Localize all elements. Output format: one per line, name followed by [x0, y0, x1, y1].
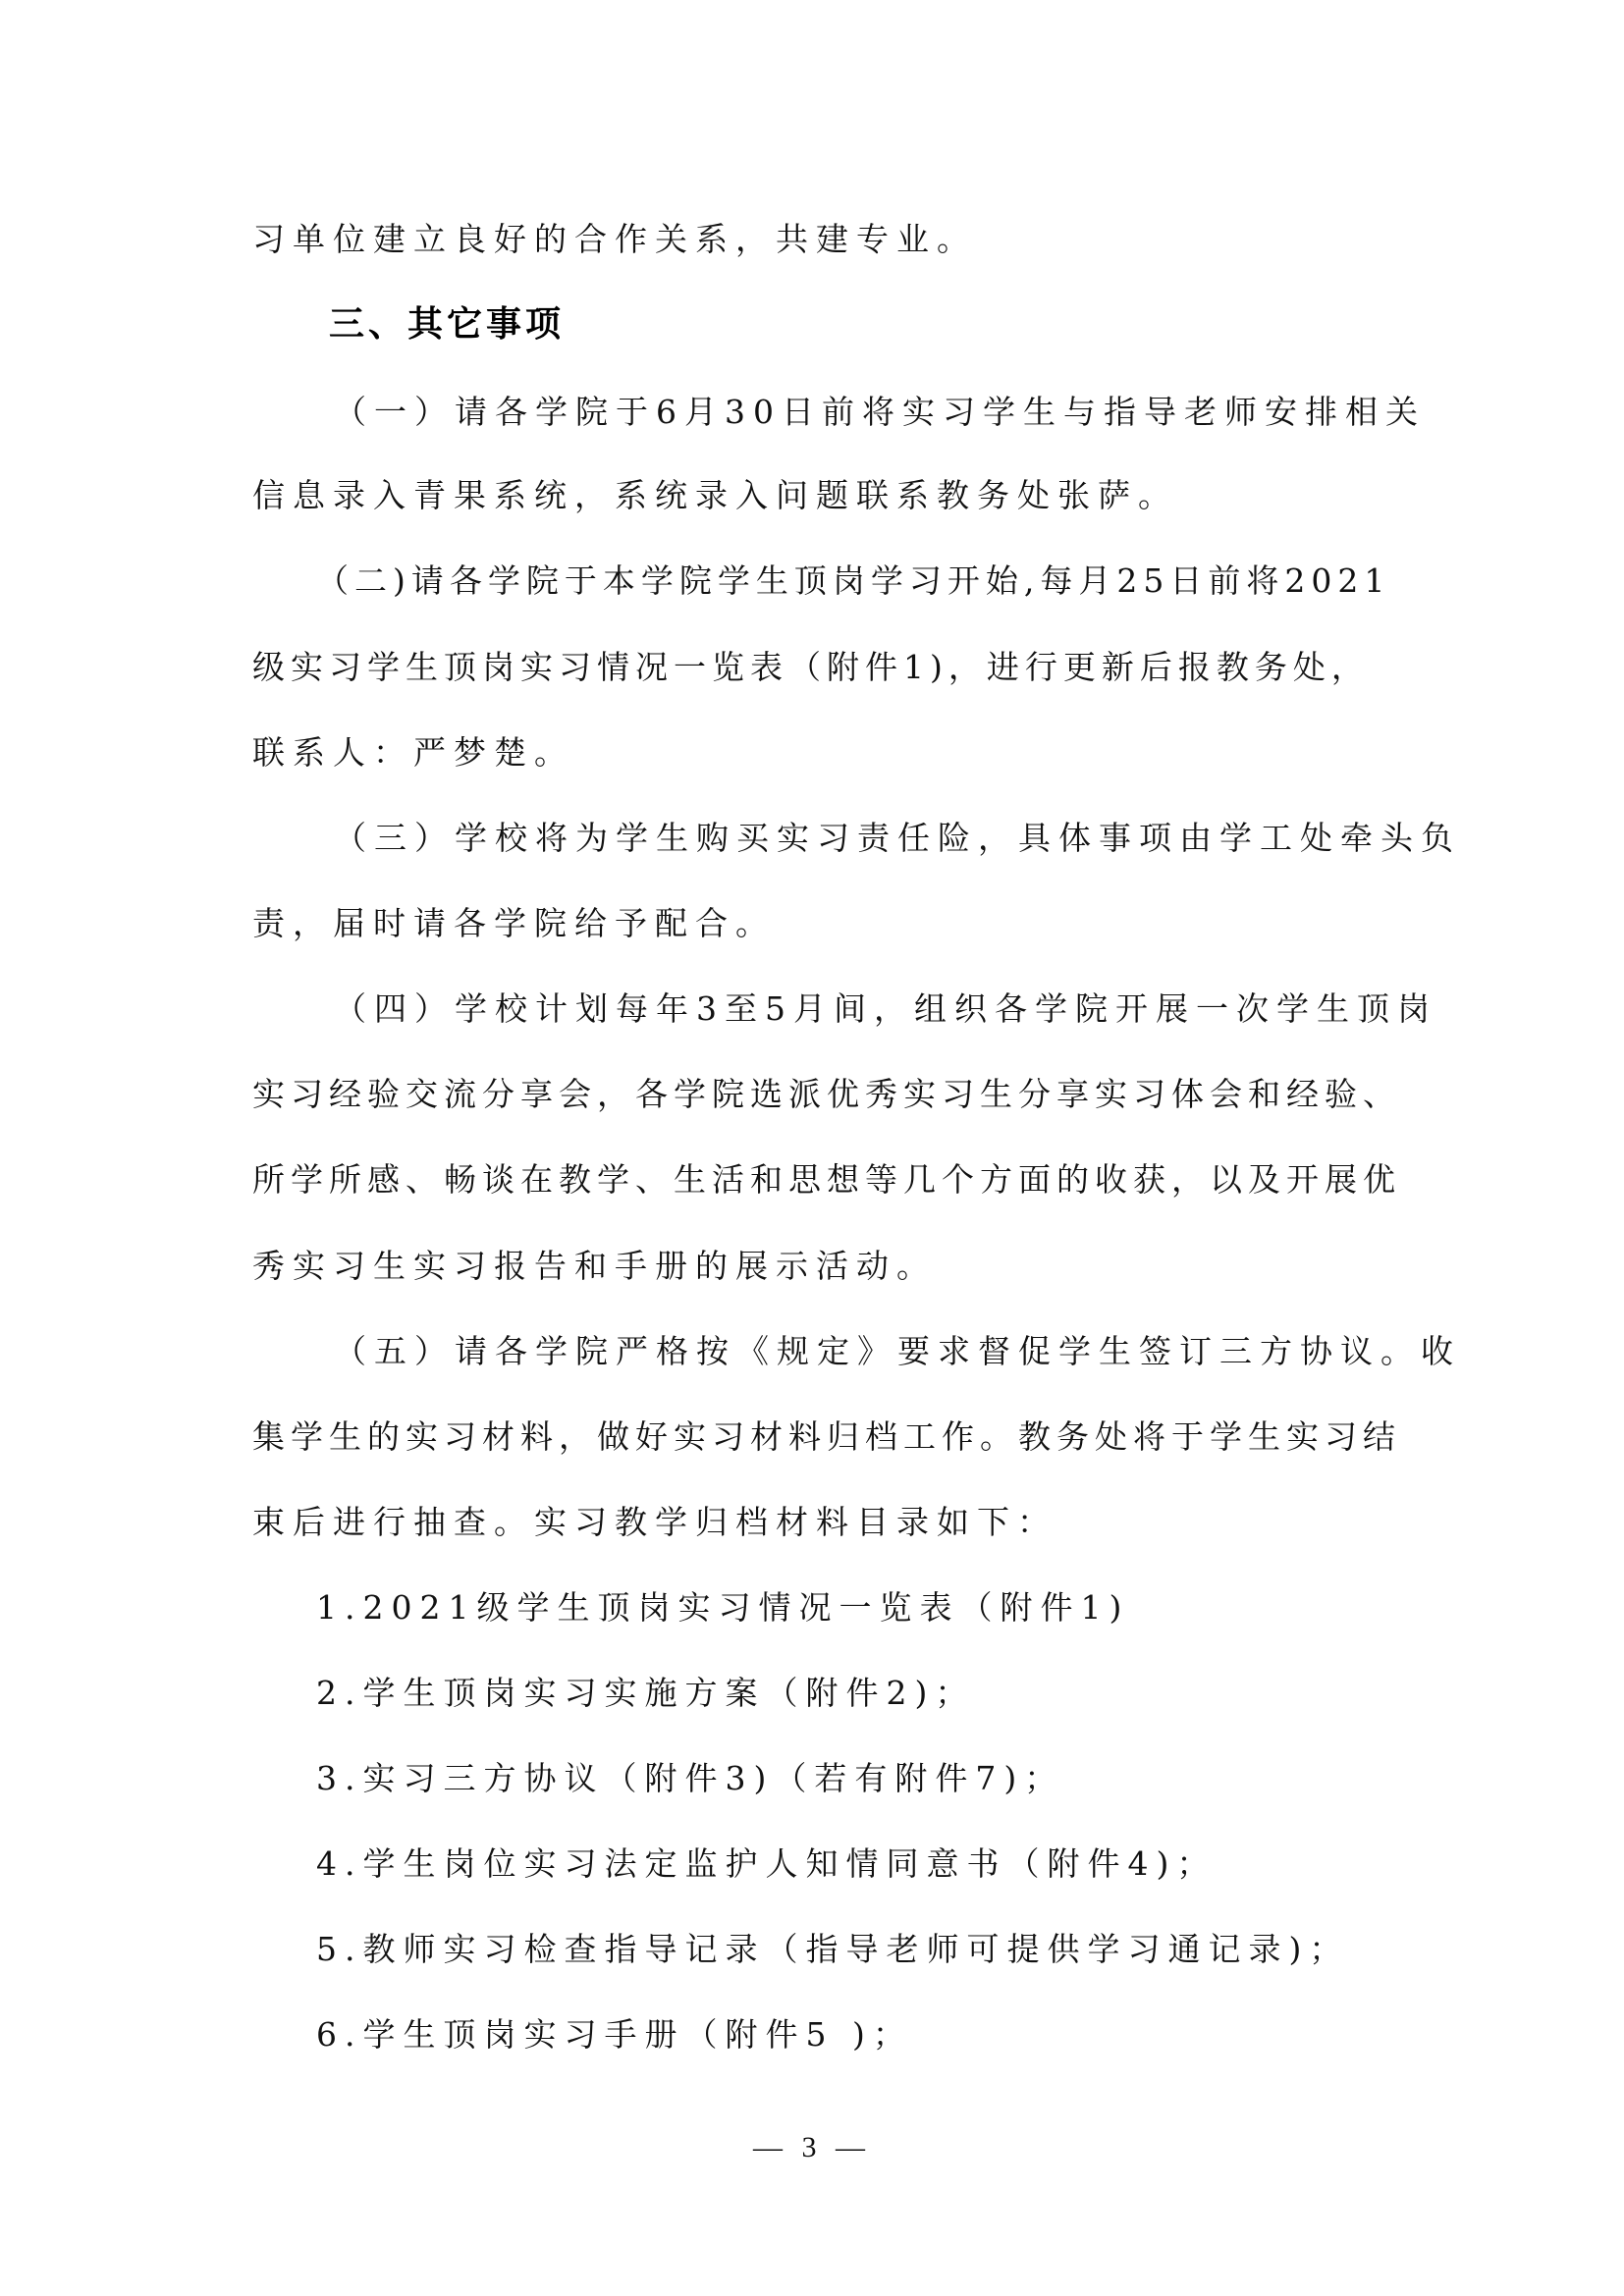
paragraph-2-line-2: 级实习学生顶岗实习情况一览表（附件1)，进行更新后报教务处， [252, 646, 1370, 689]
list-item-1: 1.2021级学生顶岗实习情况一览表（附件1) [316, 1586, 1129, 1629]
paragraph-1-line-1: （一）请各学院于6月30日前将实习学生与指导老师安排相关 [334, 391, 1426, 434]
list-item-4: 4.学生岗位实习法定监护人知情同意书（附件4)； [316, 1842, 1217, 1886]
paragraph-5-line-1: （五）请各学院严格按《规定》要求督促学生签订三方协议。收 [334, 1330, 1461, 1373]
list-item-6: 6.学生顶岗实习手册（附件5 )； [316, 2013, 913, 2056]
paragraph-4-line-2: 实习经验交流分享会，各学院选派优秀实习生分享实习体会和经验、 [252, 1073, 1401, 1116]
paragraph-4-line-1: （四）学校计划每年3至5月间，组织各学院开展一次学生顶岗 [334, 988, 1437, 1031]
paragraph-3-line-2: 责，届时请各学院给予配合。 [252, 902, 776, 945]
paragraph-1-line-2: 信息录入青果系统，系统录入问题联系教务处张萨。 [252, 474, 1178, 517]
section-heading: 三、其它事项 [329, 300, 565, 349]
list-item-2: 2.学生顶岗实习实施方案（附件2)； [316, 1672, 975, 1715]
paragraph-2-line-1: （二)请各学院于本学院学生顶岗学习开始,每月25日前将2021 [316, 560, 1390, 603]
paragraph-5-line-3: 束后进行抽查。实习教学归档材料目录如下： [252, 1501, 1057, 1544]
paragraph-4-line-4: 秀实习生实习报告和手册的展示活动。 [252, 1245, 937, 1288]
body-line: 习单位建立良好的合作关系，共建专业。 [252, 218, 977, 261]
paragraph-2-line-3: 联系人：严梦楚。 [252, 731, 574, 774]
list-item-3: 3.实习三方协议（附件3)（若有附件7)； [316, 1757, 1064, 1800]
page-number: — 3 — [0, 2128, 1624, 2167]
paragraph-4-line-3: 所学所感、畅谈在教学、生活和思想等几个方面的收获，以及开展优 [252, 1158, 1401, 1201]
paragraph-3-line-1: （三）学校将为学生购买实习责任险，具体事项由学工处牵头负 [334, 817, 1461, 860]
paragraph-5-line-2: 集学生的实习材料，做好实习材料归档工作。教务处将于学生实习结 [252, 1415, 1401, 1459]
document-page: 习单位建立良好的合作关系，共建专业。 三、其它事项 （一）请各学院于6月30日前… [0, 0, 1624, 2296]
list-item-5: 5.教师实习检查指导记录（指导老师可提供学习通记录)； [316, 1928, 1349, 1971]
